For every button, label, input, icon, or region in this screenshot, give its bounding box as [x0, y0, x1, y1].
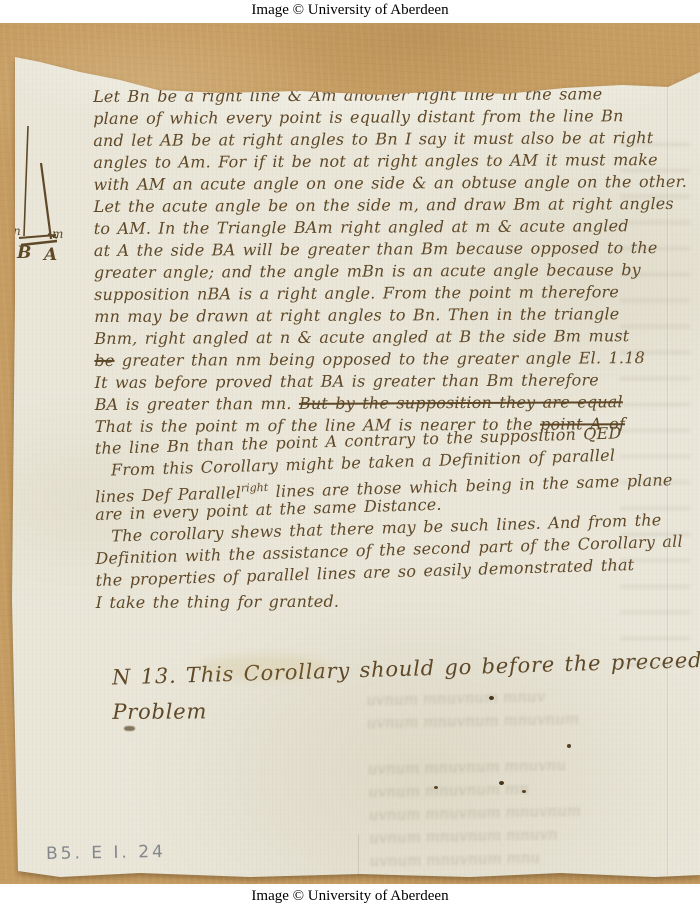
- manuscript-line: It was before proved that BA is greater …: [94, 369, 659, 394]
- ink-speck: [522, 790, 526, 793]
- manuscript-text: Let Bn be a right line & Am another righ…: [93, 84, 602, 106]
- manuscript-line: plane of which every point is equally di…: [93, 105, 658, 130]
- manuscript-text: angles to Am. For if it be not at right …: [93, 150, 657, 172]
- ink-speck: [489, 696, 494, 700]
- manuscript-line: supposition nBA is a right angle. From t…: [94, 281, 659, 306]
- copyright-banner-bottom: Image © University of Aberdeen: [0, 884, 700, 910]
- manuscript-line: be greater than nm being opposed to the …: [94, 347, 659, 372]
- manuscript-line: mn may be drawn at right angles to Bn. T…: [94, 303, 659, 328]
- manuscript-line: BA is greater than mn. But by the suppos…: [95, 391, 660, 416]
- diagram-label-n: n: [13, 224, 21, 238]
- manuscript-line: Let Bn be a right line & Am another righ…: [93, 83, 658, 108]
- paper-crease-bottom: [358, 834, 359, 876]
- manuscript-text: BA is greater than mn.: [95, 394, 299, 414]
- diagram-label-B: B: [17, 243, 31, 263]
- manuscript-line: and let AB be at right angles to Bn I sa…: [93, 127, 658, 152]
- ink-smudge: [124, 726, 135, 731]
- manuscript-text: Bnm, right angled at n & acute angled at…: [94, 326, 629, 348]
- copyright-text-top: Image © University of Aberdeen: [251, 2, 448, 18]
- ink-speck: [567, 744, 571, 748]
- inserted-text: right: [241, 481, 269, 495]
- manuscript-line: to AM. In the Triangle BAm right angled …: [94, 215, 659, 240]
- struck-text: But by the supposition they are equal: [299, 392, 623, 413]
- ghost-line: uvnum mnuvnum mnu: [369, 844, 664, 873]
- verso-showthrough-text: uvnum mnuvnum mnuvuvnum mnuvnum mnuvnum …: [366, 683, 665, 873]
- scanned-manuscript-viewer: Image © University of Aberdeen uvnum mnu…: [0, 0, 700, 910]
- diagram-line-Bn: [24, 126, 28, 236]
- manuscript-line: I take the thing for granted.: [96, 589, 661, 614]
- manuscript-line: angles to Am. For if it be not at right …: [93, 149, 658, 174]
- manuscript-line: Bnm, right angled at n & acute angled at…: [94, 325, 659, 350]
- diagram-label-m: m: [52, 227, 63, 241]
- paper-crease-right: [667, 58, 668, 875]
- diagram-label-A: A: [44, 245, 57, 265]
- manuscript-text: at A the side BA will be greater than Bm…: [94, 238, 658, 260]
- manuscript-page-wrap: uvnum mnuvnum mnuvuvnum mnuvnum mnuvnum …: [0, 0, 700, 910]
- manuscript-text: It was before proved that BA is greater …: [95, 370, 599, 392]
- manuscript-text: Problem: [112, 699, 207, 723]
- manuscript-text: Let the acute angle be on the side m, an…: [94, 194, 674, 216]
- shelfmark-pencil: B5. E I. 24: [46, 842, 166, 864]
- manuscript-text: I take the thing for granted.: [96, 592, 340, 612]
- manuscript-text: mn may be drawn at right angles to Bn. T…: [94, 304, 619, 326]
- manuscript-text: and let AB be at right angles to Bn I sa…: [93, 128, 653, 150]
- copyright-text-bottom: Image © University of Aberdeen: [251, 888, 448, 904]
- manuscript-line: greater angle; and the angle mBn is an a…: [94, 259, 659, 284]
- green-fleck: [60, 53, 65, 56]
- manuscript-line: Let the acute angle be on the side m, an…: [94, 193, 659, 218]
- manuscript-line: at A the side BA will be greater than Bm…: [94, 237, 659, 262]
- manuscript-page: uvnum mnuvnum mnuvuvnum mnuvnum mnuvnum …: [0, 0, 700, 910]
- manuscript-text-block: Let Bn be a right line & Am another righ…: [93, 83, 661, 730]
- manuscript-text: greater angle; and the angle mBn is an a…: [94, 260, 641, 282]
- paper-stain: [200, 655, 330, 681]
- manuscript-text: plane of which every point is equally di…: [93, 106, 624, 128]
- ink-speck: [499, 781, 504, 785]
- ink-speck: [434, 786, 438, 789]
- manuscript-text: supposition nBA is a right angle. From t…: [94, 282, 619, 304]
- manuscript-text: to AM. In the Triangle BAm right angled …: [94, 216, 629, 238]
- manuscript-text: greater than nm being opposed to the gre…: [115, 348, 645, 370]
- manuscript-line: with AM an acute angle on one side & an …: [93, 171, 658, 196]
- diagram-line-Am: [41, 163, 51, 239]
- paper-stain: [330, 55, 520, 81]
- verso-showthrough-margin: [620, 120, 690, 680]
- struck-text: be: [94, 351, 114, 370]
- copyright-banner-top: Image © University of Aberdeen: [0, 0, 700, 23]
- manuscript-text: with AM an acute angle on one side & an …: [93, 172, 687, 194]
